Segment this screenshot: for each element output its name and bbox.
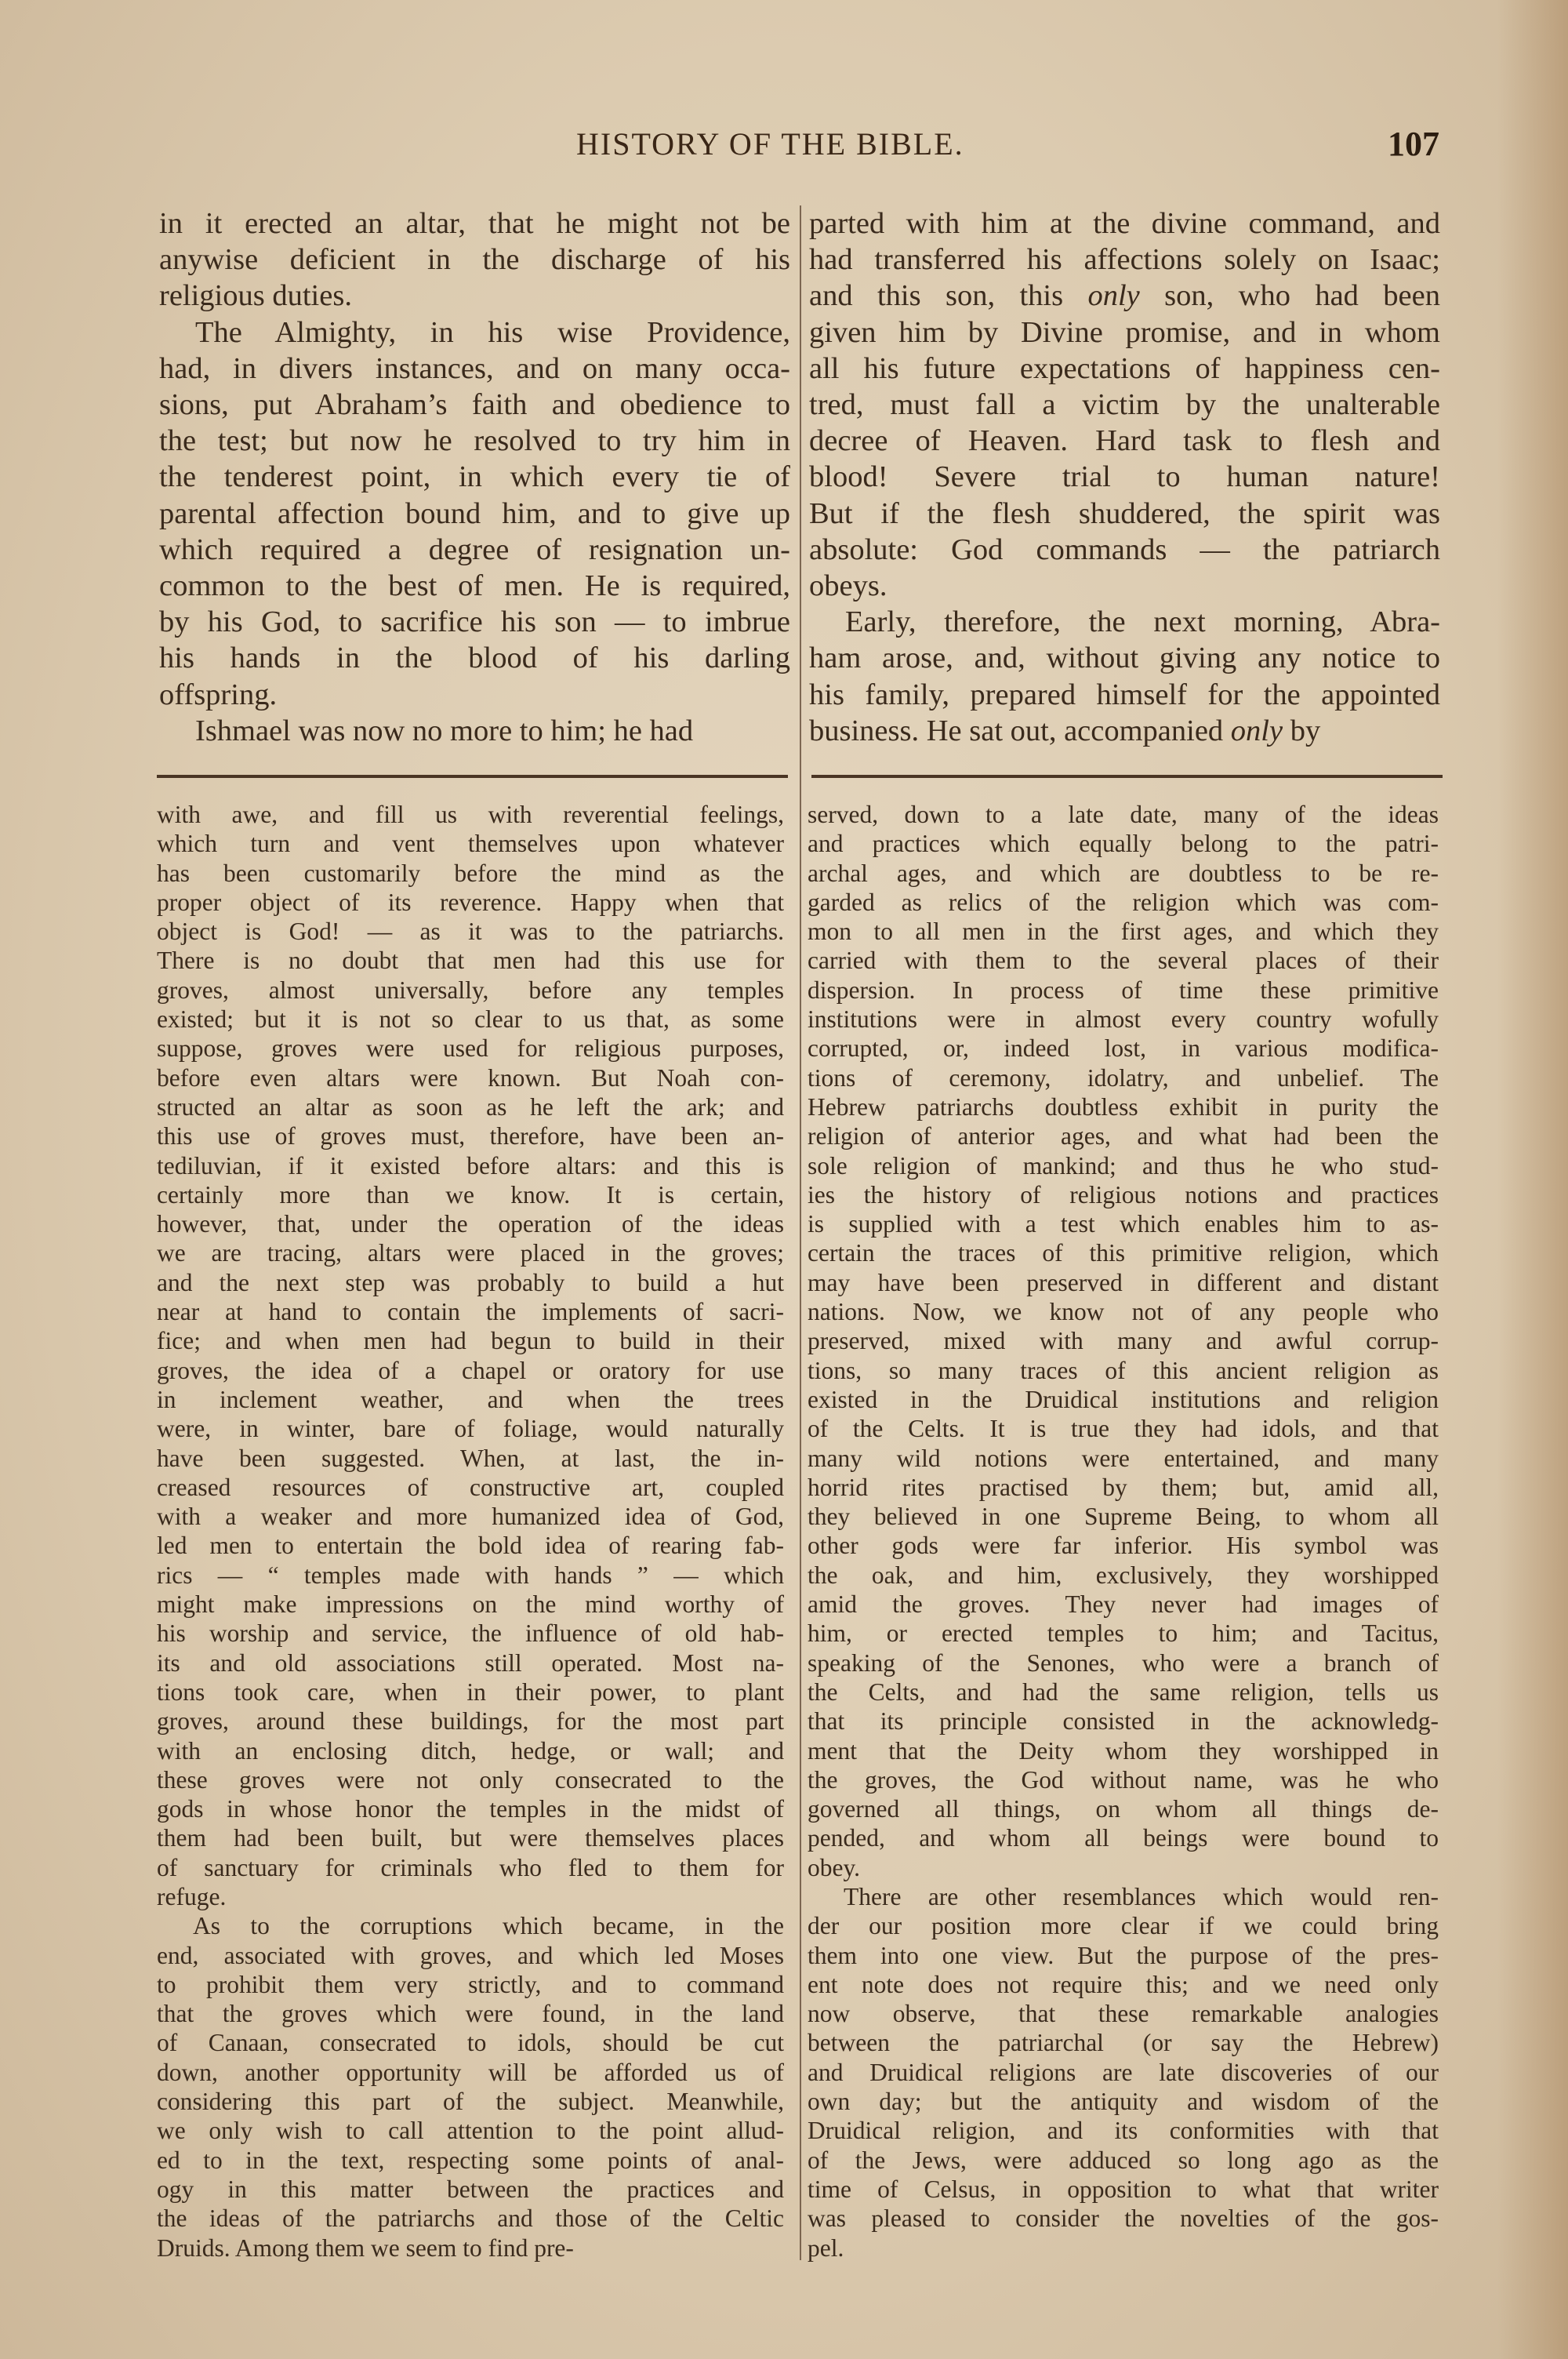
- text-line: carried with them to the several places …: [808, 946, 1439, 975]
- text-line: common to the best of men. He is require…: [159, 568, 790, 604]
- text-line: certainly more than we know. It is certa…: [157, 1180, 784, 1209]
- text-line: them into one view. But the purpose of t…: [808, 1941, 1439, 1970]
- text-line: sole religion of mankind; and thus he wh…: [808, 1151, 1439, 1180]
- text-line: of the Jews, were adduced so long ago as…: [808, 2146, 1439, 2175]
- text-line: to prohibit them very strictly, and to c…: [157, 1970, 784, 1999]
- text-line: end, associated with groves, and which l…: [157, 1941, 784, 1970]
- text-line: groves, around these buildings, for the …: [157, 1707, 784, 1736]
- text-line: creased resources of constructive art, c…: [157, 1473, 784, 1502]
- text-line: ed to in the text, respecting some point…: [157, 2146, 784, 2175]
- text-line: anywise deficient in the discharge of hi…: [159, 242, 790, 278]
- paragraph: Early, therefore, the next morning, Abra…: [809, 604, 1440, 749]
- text-line: tred, must fall a victim by the unaltera…: [809, 387, 1440, 423]
- paragraph: served, down to a late date, many of the…: [808, 800, 1439, 1882]
- emphasis-text: only: [1231, 714, 1283, 747]
- text-line: before even altars were known. But Noah …: [157, 1063, 784, 1092]
- text-line: served, down to a late date, many of the…: [808, 800, 1439, 829]
- text-line: governed all things, on whom all things …: [808, 1794, 1439, 1823]
- text-line: dispersion. In process of time these pri…: [808, 976, 1439, 1005]
- footnote-left-column: with awe, and fill us with reverential f…: [157, 800, 784, 2263]
- text-line: however, that, under the operation of th…: [157, 1209, 784, 1238]
- text-line: near at hand to contain the implements o…: [157, 1297, 784, 1326]
- text-line: corrupted, or, indeed lost, in various m…: [808, 1034, 1439, 1063]
- page-number: 107: [1388, 124, 1439, 164]
- text-line: which turn and vent themselves upon what…: [157, 829, 784, 858]
- footnote-separator-right: [811, 775, 1443, 778]
- text-line: mon to all men in the first ages, and wh…: [808, 917, 1439, 946]
- text-line: The Almighty, in his wise Providence,: [159, 314, 790, 351]
- text-line: the ideas of the patriarchs and those of…: [157, 2204, 784, 2233]
- text-line: institutions were in almost every countr…: [808, 1005, 1439, 1034]
- text-line: tions, so many traces of this ancient re…: [808, 1356, 1439, 1385]
- paragraph: As to the corruptions which became, in t…: [157, 1911, 784, 2263]
- text-line: religious duties.: [159, 278, 790, 314]
- text-line: down, another opportunity will be afford…: [157, 2058, 784, 2087]
- text-line: might make impressions on the mind worth…: [157, 1590, 784, 1619]
- text-line: pended, and whom all beings were bound t…: [808, 1823, 1439, 1852]
- text-line: obey.: [808, 1853, 1439, 1882]
- footnote-right-column: served, down to a late date, many of the…: [808, 800, 1439, 2263]
- text-line: offspring.: [159, 677, 790, 713]
- text-line: his family, prepared himself for the app…: [809, 677, 1440, 713]
- text-line: Druids. Among them we seem to find pre-: [157, 2234, 784, 2263]
- text-line: tions took care, when in their power, to…: [157, 1677, 784, 1707]
- text-line: and Druidical religions are late discove…: [808, 2058, 1439, 2087]
- text-line: his worship and service, the influence o…: [157, 1619, 784, 1648]
- text-line: absolute: God commands — the patriarch: [809, 532, 1440, 568]
- text-line: existed in the Druidical institutions an…: [808, 1385, 1439, 1414]
- text-line: was pleased to consider the novelties of…: [808, 2204, 1439, 2233]
- text-line: tions of ceremony, idolatry, and unbelie…: [808, 1063, 1439, 1092]
- text-line: led men to entertain the bold idea of re…: [157, 1531, 784, 1560]
- emphasis-text: only: [1087, 279, 1139, 312]
- text-line: had transferred his affections solely on…: [809, 242, 1440, 278]
- text-line: ham arose, and, without giving any notic…: [809, 640, 1440, 676]
- text-line: rics — “ temples made with hands ” — whi…: [157, 1561, 784, 1590]
- text-line: is supplied with a test which enables hi…: [808, 1209, 1439, 1238]
- text-line: now observe, that these remarkable analo…: [808, 1999, 1439, 2028]
- footnote-separator-left: [157, 775, 788, 778]
- text-line: parental affection bound him, and to giv…: [159, 496, 790, 532]
- text-line: we only wish to call attention to the po…: [157, 2116, 784, 2145]
- text-line: existed; but it is not so clear to us th…: [157, 1005, 784, 1034]
- text-line: with awe, and fill us with reverential f…: [157, 800, 784, 829]
- text-line: horrid rites practised by them; but, ami…: [808, 1473, 1439, 1502]
- text-line: him, or erected temples to him; and Taci…: [808, 1619, 1439, 1648]
- text-line: other gods were far inferior. His symbol…: [808, 1531, 1439, 1560]
- text-line: tediluvian, if it existed before altars:…: [157, 1151, 784, 1180]
- text-line: speaking of the Senones, who were a bran…: [808, 1648, 1439, 1677]
- main-text-left-column: in it erected an altar, that he might no…: [159, 205, 790, 749]
- text-line: But if the flesh shuddered, the spirit w…: [809, 496, 1440, 532]
- text-line: groves, almost universally, before any t…: [157, 976, 784, 1005]
- text-line: structed an altar as soon as he left the…: [157, 1092, 784, 1121]
- text-line: with an enclosing ditch, hedge, or wall;…: [157, 1736, 784, 1765]
- text-line: all his future expectations of happiness…: [809, 351, 1440, 387]
- text-line: may have been preserved in different and…: [808, 1268, 1439, 1297]
- text-line: with a weaker and more humanized idea of…: [157, 1502, 784, 1531]
- text-line: pel.: [808, 2234, 1439, 2263]
- text-line: As to the corruptions which became, in t…: [157, 1911, 784, 1940]
- text-line: gods in whose honor the temples in the m…: [157, 1794, 784, 1823]
- text-line: proper object of its reverence. Happy wh…: [157, 888, 784, 917]
- text-line: object is God! — as it was to the patria…: [157, 917, 784, 946]
- text-line: refuge.: [157, 1882, 784, 1911]
- paragraph: Ishmael was now no more to him; he had: [159, 713, 790, 749]
- text-line: were, in winter, bare of foliage, would …: [157, 1414, 784, 1443]
- text-line: Ishmael was now no more to him; he had: [159, 713, 790, 749]
- text-line: time of Celsus, in opposition to what th…: [808, 2175, 1439, 2204]
- text-line: the test; but now he resolved to try him…: [159, 423, 790, 459]
- text-line: many wild notions were entertained, and …: [808, 1444, 1439, 1473]
- text-line: in inclement weather, and when the trees: [157, 1385, 784, 1414]
- text-line: decree of Heaven. Hard task to flesh and: [809, 423, 1440, 459]
- text-line: and practices which equally belong to th…: [808, 829, 1439, 858]
- paragraph: parted with him at the divine command, a…: [809, 205, 1440, 604]
- text-line: its and old associations still operated.…: [157, 1648, 784, 1677]
- text-line: Druidical religion, and its conformities…: [808, 2116, 1439, 2145]
- text-line: that the groves which were found, in the…: [157, 1999, 784, 2028]
- text-line: that its principle consisted in the ackn…: [808, 1707, 1439, 1736]
- text-line: them had been built, but were themselves…: [157, 1823, 784, 1852]
- text-line: sions, put Abraham’s faith and obedience…: [159, 387, 790, 423]
- running-title: HISTORY OF THE BIBLE.: [576, 125, 964, 162]
- text-line: archal ages, and which are doubtless to …: [808, 859, 1439, 888]
- text-line: Hebrew patriarchs doubtless exhibit in p…: [808, 1092, 1439, 1121]
- text-line: we are tracing, altars were placed in th…: [157, 1238, 784, 1267]
- text-line: certain the traces of this primitive rel…: [808, 1238, 1439, 1267]
- text-line: garded as relics of the religion which w…: [808, 888, 1439, 917]
- text-line: of Canaan, consecrated to idols, should …: [157, 2028, 784, 2057]
- book-page: HISTORY OF THE BIBLE. 107 in it erected …: [0, 0, 1568, 2359]
- text-line: groves, the idea of a chapel or oratory …: [157, 1356, 784, 1385]
- text-line: by his God, to sacrifice his son — to im…: [159, 604, 790, 640]
- text-line: this use of groves must, therefore, have…: [157, 1121, 784, 1150]
- text-line: considering this part of the subject. Me…: [157, 2087, 784, 2116]
- text-line: ogy in this matter between the practices…: [157, 2175, 784, 2204]
- main-text-right-column: parted with him at the divine command, a…: [809, 205, 1440, 749]
- text-line: Early, therefore, the next morning, Abra…: [809, 604, 1440, 640]
- text-line: they believed in one Supreme Being, to w…: [808, 1502, 1439, 1531]
- text-line: preserved, mixed with many and awful cor…: [808, 1326, 1439, 1355]
- paragraph: with awe, and fill us with reverential f…: [157, 800, 784, 1911]
- text-line: the oak, and him, exclusively, they wors…: [808, 1561, 1439, 1590]
- text-line: nations. Now, we know not of any people …: [808, 1297, 1439, 1326]
- text-line: and this son, this only son, who had bee…: [809, 278, 1440, 314]
- text-line: his hands in the blood of his darling: [159, 640, 790, 676]
- text-line: had, in divers instances, and on many oc…: [159, 351, 790, 387]
- text-line: own day; but the antiquity and wisdom of…: [808, 2087, 1439, 2116]
- text-line: parted with him at the divine command, a…: [809, 205, 1440, 242]
- text-line: which required a degree of resignation u…: [159, 532, 790, 568]
- running-head: HISTORY OF THE BIBLE. 107: [0, 125, 1568, 173]
- text-line: and the next step was probably to build …: [157, 1268, 784, 1297]
- text-line: obeys.: [809, 568, 1440, 604]
- paragraph: The Almighty, in his wise Providence,had…: [159, 314, 790, 713]
- text-line: given him by Divine promise, and in whom: [809, 314, 1440, 351]
- text-line: blood! Severe trial to human nature!: [809, 459, 1440, 495]
- text-line: the Celts, and had the same religion, te…: [808, 1677, 1439, 1707]
- text-line: the tenderest point, in which every tie …: [159, 459, 790, 495]
- paragraph: in it erected an altar, that he might no…: [159, 205, 790, 314]
- paragraph: There are other resemblances which would…: [808, 1882, 1439, 2263]
- text-line: ent note does not require this; and we n…: [808, 1970, 1439, 1999]
- text-line: There are other resemblances which would…: [808, 1882, 1439, 1911]
- text-line: der our position more clear if we could …: [808, 1911, 1439, 1940]
- text-line: suppose, groves were used for religious …: [157, 1034, 784, 1063]
- text-line: ment that the Deity whom they worshipped…: [808, 1736, 1439, 1765]
- text-line: has been customarily before the mind as …: [157, 859, 784, 888]
- text-line: have been suggested. When, at last, the …: [157, 1444, 784, 1473]
- text-line: ies the history of religious notions and…: [808, 1180, 1439, 1209]
- text-line: the groves, the God without name, was he…: [808, 1765, 1439, 1794]
- text-line: between the patriarchal (or say the Hebr…: [808, 2028, 1439, 2057]
- text-line: in it erected an altar, that he might no…: [159, 205, 790, 242]
- text-line: business. He sat out, accompanied only b…: [809, 713, 1440, 749]
- column-divider: [800, 205, 801, 2260]
- text-line: amid the groves. They never had images o…: [808, 1590, 1439, 1619]
- text-line: fice; and when men had begun to build in…: [157, 1326, 784, 1355]
- text-line: of the Celts. It is true they had idols,…: [808, 1414, 1439, 1443]
- text-line: of sanctuary for criminals who fled to t…: [157, 1853, 784, 1882]
- text-line: these groves were not only consecrated t…: [157, 1765, 784, 1794]
- text-line: religion of anterior ages, and what had …: [808, 1121, 1439, 1150]
- text-line: There is no doubt that men had this use …: [157, 946, 784, 975]
